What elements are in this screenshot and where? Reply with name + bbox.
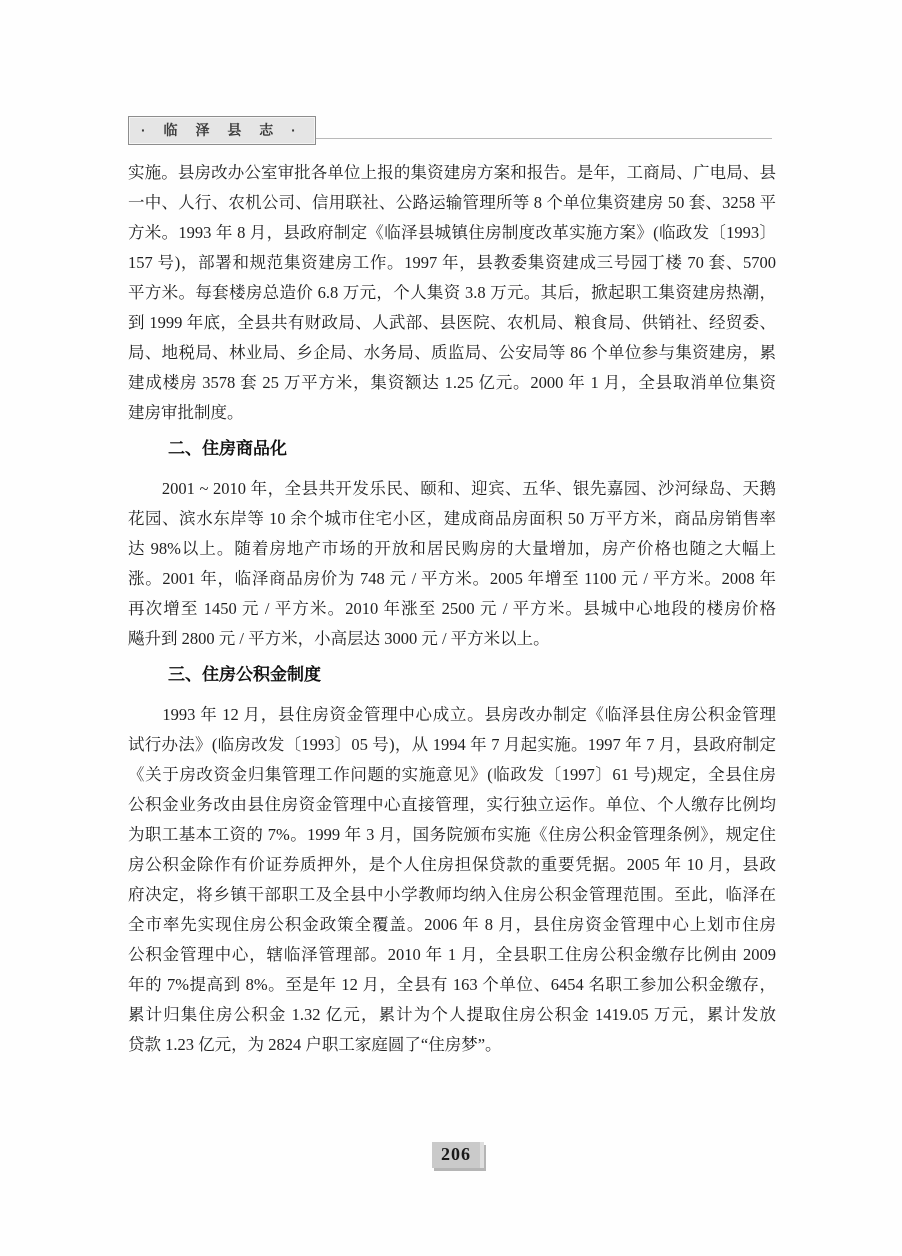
text-line: 府决定，将乡镇干部职工及全县中小学教师均纳入住房公积金管理范围。至此，临泽在	[128, 880, 776, 910]
document-page: · 临 泽 县 志 · 实施。县房改办公室审批各单位上报的集资建房方案和报告。是…	[0, 0, 902, 1256]
paragraph: 1993 年 12 月，县住房资金管理中心成立。县房改办制定《临泽县住房公积金管…	[128, 700, 776, 1060]
text-line: 平方米。每套楼房总造价 6.8 万元，个人集资 3.8 万元。其后，掀起职工集资…	[128, 278, 776, 308]
text-line: 为职工基本工资的 7%。1999 年 3 月，国务院颁布实施《住房公积金管理条例…	[128, 820, 776, 850]
page-number-box: 206	[432, 1142, 484, 1168]
paragraph: 2001 ~ 2010 年，全县共开发乐民、颐和、迎宾、五华、银先嘉园、沙河绿岛…	[128, 474, 776, 654]
text-line: 《关于房改资金归集管理工作问题的实施意见》(临政发〔1997〕61 号)规定，全…	[128, 760, 776, 790]
book-title-box: · 临 泽 县 志 ·	[128, 116, 316, 145]
text-line: 涨。2001 年，临泽商品房价为 748 元 / 平方米。2005 年增至 11…	[128, 564, 776, 594]
book-title: · 临 泽 县 志 ·	[141, 122, 303, 138]
text-line: 2001 ~ 2010 年，全县共开发乐民、颐和、迎宾、五华、银先嘉园、沙河绿岛…	[128, 474, 776, 504]
text-line: 达 98%以上。随着房地产市场的开放和居民购房的大量增加，房产价格也随之大幅上	[128, 534, 776, 564]
text-line: 实施。县房改办公室审批各单位上报的集资建房方案和报告。是年，工商局、广电局、县	[128, 158, 776, 188]
text-line: 贷款 1.23 亿元，为 2824 户职工家庭圆了“住房梦”。	[128, 1030, 776, 1060]
paragraph: 实施。县房改办公室审批各单位上报的集资建房方案和报告。是年，工商局、广电局、县一…	[128, 158, 776, 428]
text-line: 全市率先实现住房公积金政策全覆盖。2006 年 8 月，县住房资金管理中心上划市…	[128, 910, 776, 940]
text-line: 方米。1993 年 8 月，县政府制定《临泽县城镇住房制度改革实施方案》(临政发…	[128, 218, 776, 248]
text-line: 花园、滨水东岸等 10 余个城市住宅小区，建成商品房面积 50 万平方米，商品房…	[128, 504, 776, 534]
text-line: 试行办法》(临房改发〔1993〕05 号)，从 1994 年 7 月起实施。19…	[128, 730, 776, 760]
text-line: 建房审批制度。	[128, 398, 776, 428]
text-line: 一中、人行、农机公司、信用联社、公路运输管理所等 8 个单位集资建房 50 套、…	[128, 188, 776, 218]
text-line: 年的 7%提高到 8%。至是年 12 月，全县有 163 个单位、6454 名职…	[128, 970, 776, 1000]
text-line: 157 号)，部署和规范集资建房工作。1997 年，县教委集资建成三号园丁楼 7…	[128, 248, 776, 278]
section-heading: 二、住房商品化	[128, 434, 776, 464]
page-content: 实施。县房改办公室审批各单位上报的集资建房方案和报告。是年，工商局、广电局、县一…	[128, 158, 776, 1060]
text-line: 公积金管理中心，辖临泽管理部。2010 年 1 月，全县职工住房公积金缴存比例由…	[128, 940, 776, 970]
text-line: 飚升到 2800 元 / 平方米，小高层达 3000 元 / 平方米以上。	[128, 624, 776, 654]
text-line: 再次增至 1450 元 / 平方米。2010 年涨至 2500 元 / 平方米。…	[128, 594, 776, 624]
page-number: 206	[441, 1144, 471, 1164]
text-line: 局、地税局、林业局、乡企局、水务局、质监局、公安局等 86 个单位参与集资建房，…	[128, 338, 776, 368]
text-line: 累计归集住房公积金 1.32 亿元，累计为个人提取住房公积金 1419.05 万…	[128, 1000, 776, 1030]
text-line: 建成楼房 3578 套 25 万平方米，集资额达 1.25 亿元。2000 年 …	[128, 368, 776, 398]
section-heading: 三、住房公积金制度	[128, 660, 776, 690]
text-line: 房公积金除作有价证券质押外，是个人住房担保贷款的重要凭据。2005 年 10 月…	[128, 850, 776, 880]
text-line: 公积金业务改由县住房资金管理中心直接管理，实行独立运作。单位、个人缴存比例均	[128, 790, 776, 820]
text-line: 1993 年 12 月，县住房资金管理中心成立。县房改办制定《临泽县住房公积金管…	[128, 700, 776, 730]
text-line: 到 1999 年底，全县共有财政局、人武部、县医院、农机局、粮食局、供销社、经贸…	[128, 308, 776, 338]
